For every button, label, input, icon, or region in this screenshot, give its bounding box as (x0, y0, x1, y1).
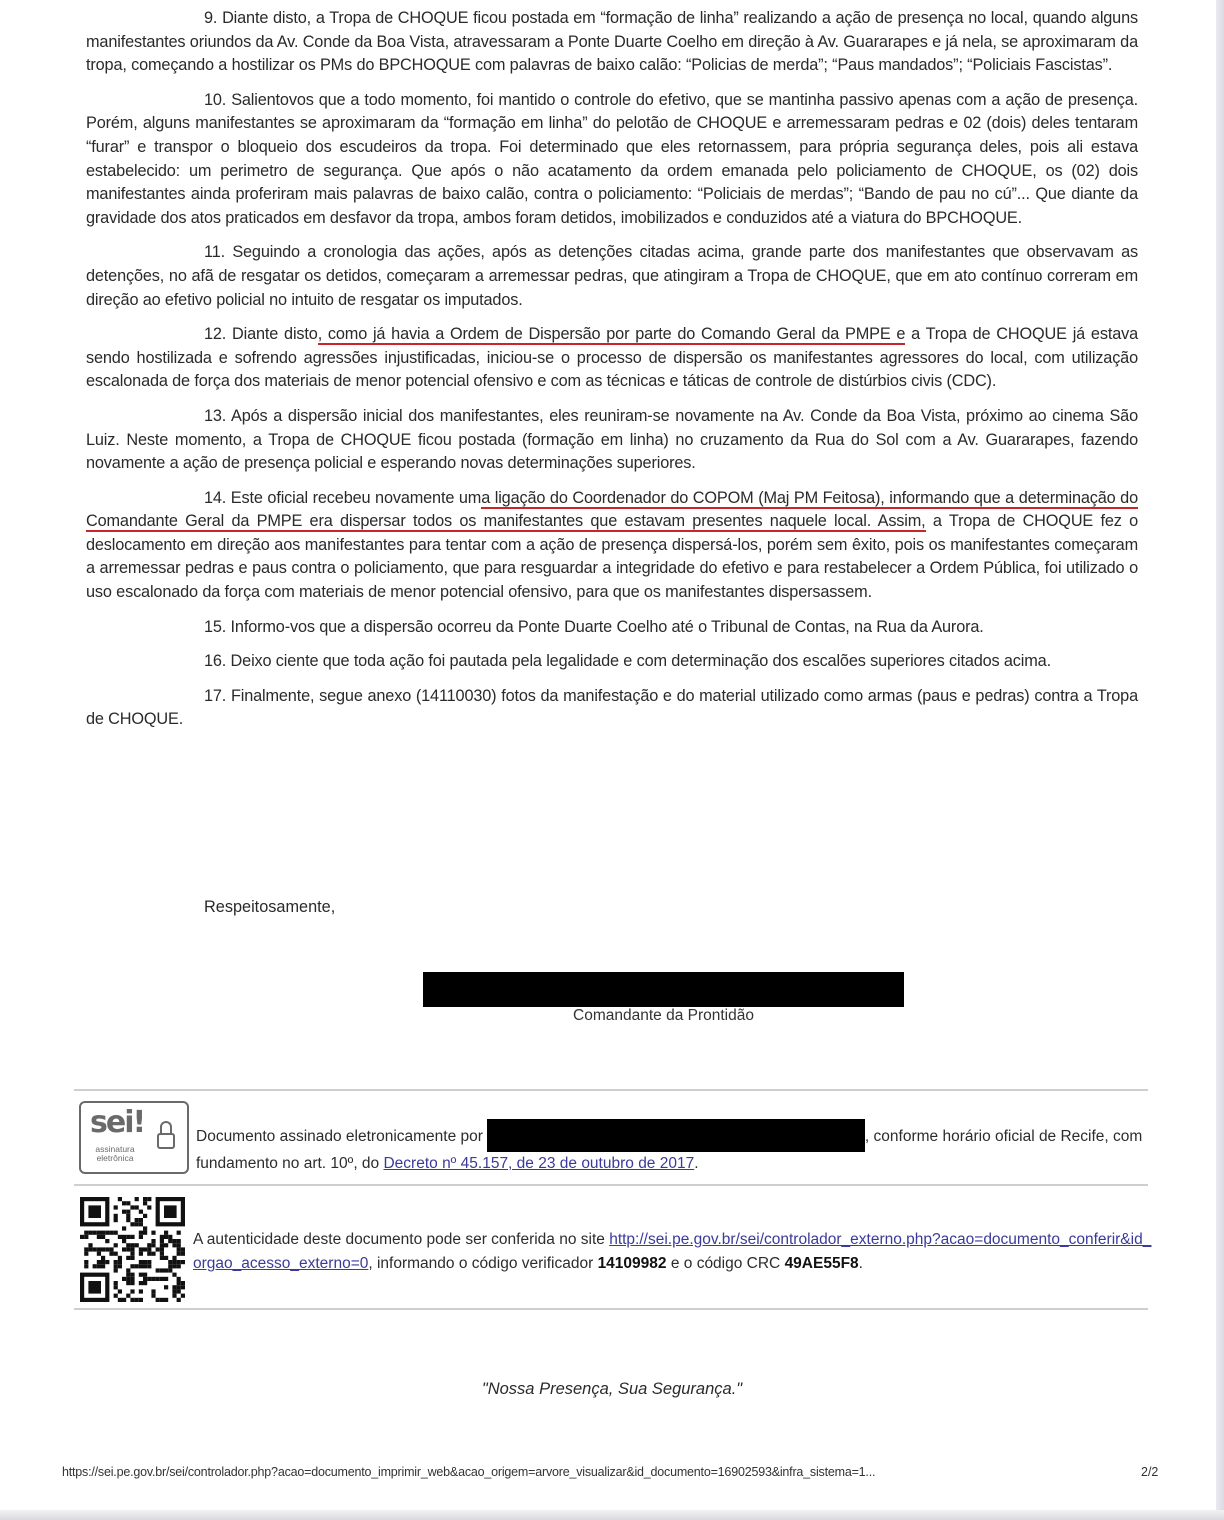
paragraph-p15: 15. Informo-vos que a dispersão ocorreu … (86, 616, 1138, 640)
paragraph-p17: 17. Finalmente, segue anexo (14110030) f… (86, 685, 1138, 732)
electronic-signature-note: Documento assinado eletronicamente por, … (196, 1119, 1156, 1176)
page-bottom-edge (0, 1510, 1224, 1520)
verifier-code: 14109982 (598, 1255, 667, 1272)
paragraph-p14: 14. Este oficial recebeu novamente uma l… (86, 487, 1138, 605)
motto: "Nossa Presença, Sua Segurança." (0, 1380, 1224, 1399)
decree-link[interactable]: Decreto nº 45.157, de 23 de outubro de 2… (383, 1155, 694, 1172)
qr-code-icon (80, 1197, 185, 1302)
paragraph-p9: 9. Diante disto, a Tropa de CHOQUE ficou… (86, 7, 1138, 78)
closing-salutation: Respeitosamente, (204, 898, 335, 917)
paragraph-p13: 13. Após a dispersão inicial dos manifes… (86, 405, 1138, 476)
sei-logo: sei! assinatura eletrônica (79, 1101, 189, 1174)
divider-top (74, 1089, 1148, 1091)
paragraph-p10: 10. Salientovos que a todo momento, foi … (86, 89, 1138, 231)
lock-icon-body (157, 1133, 175, 1149)
print-footer-url: https://sei.pe.gov.br/sei/controlador.ph… (62, 1465, 875, 1479)
print-footer-page-number: 2/2 (1141, 1465, 1158, 1479)
paragraph-p12: 12. Diante disto, como já havia a Ordem … (86, 323, 1138, 394)
paragraph-p11: 11. Seguindo a cronologia das ações, apó… (86, 241, 1138, 312)
redacted-signer-name (487, 1119, 865, 1152)
sei-logo-subtitle: assinatura eletrônica (87, 1145, 143, 1163)
divider-bottom (74, 1308, 1148, 1310)
paragraph-p16: 16. Deixo ciente que toda ação foi pauta… (86, 650, 1138, 674)
divider-middle (74, 1184, 1148, 1186)
sei-logo-word: sei! (90, 1105, 144, 1140)
signature-role: Comandante da Prontidão (423, 1007, 904, 1025)
redacted-signature-name (423, 972, 904, 1007)
authenticity-note: A autenticidade deste documento pode ser… (193, 1228, 1153, 1276)
red-underline-highlight: , como já havia a Ordem de Dispersão por… (318, 325, 906, 345)
page-edge-shadow (1216, 0, 1224, 1520)
crc-code: 49AE55F8 (785, 1255, 859, 1272)
document-body: 9. Diante disto, a Tropa de CHOQUE ficou… (86, 7, 1138, 732)
